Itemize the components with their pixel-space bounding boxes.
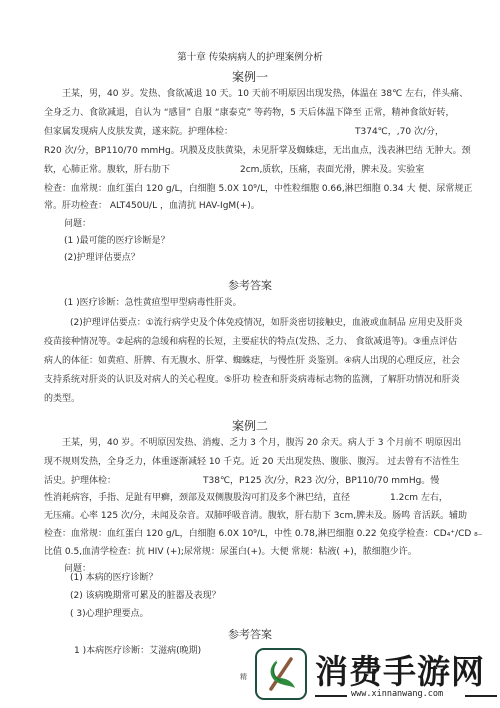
case1-answer-line: 病人的体征：如黄疸、肝脾、有无腹水、肝掌、蜘蛛痣，与慢性肝 炎鉴别。④病人出现的… [44,355,460,367]
case2-body-line: 比值 0.5,血清学检查：抗 HIV (+);尿常规：尿蛋白(+)。大便 常规：… [44,546,417,558]
case1-answer-line: 的类型。 [44,393,80,405]
site-url-row: www.xinnanwang.com [315,689,497,701]
case1-question: (2)护理评估要点？ [64,252,140,264]
case2-body-line: 1.2cm 左右， [390,492,448,504]
case1-body-line: 检查：血常规：血红蛋白 120 g/L，白细胞 5.0X 10⁹/L，中性粒细胞… [44,183,472,195]
leaf-stick-logo-icon [255,648,307,700]
case2-body-line: 性消耗病容，手指、足趾有甲癣，颈部及双侧腹股沟可扪及多个淋巴结，直径 [44,492,350,504]
document-page: 第十章 传染病病人的护理案例分析 案例一 王某，男，40 岁。发热、食欲减退 1… [0,0,500,708]
case1-body-line: 常。肝功检查： ALT450U/L ，血清抗 HAV-IgM(+)。 [44,200,260,212]
case2-body-line: 活史。护理体检： [44,475,116,487]
case1-answer-line: 疫苗接种情况等。②起病的急缓和病程的长短，主要症状的特点(发热、乏力、 食欲减退… [44,336,457,348]
divider [315,695,347,697]
case1-body-line: 全身乏力、食欲减退，自认为 “感冒” 自服 “康泰克” 等药物，5 天后体温下降… [44,107,455,119]
partial-text: 精 [240,672,247,682]
case2-body-line: 无压痛。心率 125 次/分，未闻及杂音。双肺呼吸音清。腹软，肝右肋下 3cm,… [44,510,467,522]
case1-title: 案例一 [0,68,500,85]
case1-body-line: 软，心肺正常。腹软，肝右肋下 [44,164,170,176]
case1-body-line: 但家属发现病人皮肤发黄，遂来院。护理体检： [44,126,233,138]
site-watermark: 消费手游网 www.xinnanwang.com [253,646,500,708]
case2-question: ( 3)心理护理要点。 [70,608,149,620]
case2-answer-line: 1 )本病医疗诊断：艾滋病(晚期) [74,645,201,657]
case1-body-line: 王某，男，40 岁。发热、食欲减退 10 天。10 天前不明原因出现发热，体温在… [62,88,468,100]
case1-body-line: T374℃，,70 次/分， [355,126,444,138]
site-url: www.xinnanwang.com [351,689,443,699]
case2-body-line: T38℃，P125 次/分，R23 次/分，BP110/70 mmHg。慢 [203,475,439,487]
case1-answer-line: (2)护理评估要点：①流行病学史及个体免疫情况，如肝炎密切接触史，血液或血制品 … [70,317,463,329]
case1-body-line: R20 次/分，BP110/70 mmHg。巩膜及皮肤黄染，未见肝掌及蜘蛛痣，无… [44,145,471,157]
case2-question: (2) 该病晚期常可累及的脏器及表现？ [70,590,221,602]
case1-answer-line: (1 )医疗诊断：急性黄疸型甲型病毒性肝炎。 [64,297,242,309]
case2-question: (1) 本病的医疗诊断？ [70,572,158,584]
case1-answer-title: 参考答案 [0,277,500,293]
case2-body-line: 检查：血常规：血红蛋白 120 g/L，白细胞 6.0X 10⁹/L，中性 0.… [44,528,483,540]
case1-answer-line: 支持系统对肝炎的认识及对病人的关心程度。⑤肝功 检查和肝炎病毒标志物的监测，了解… [44,374,460,386]
case2-body-line: 现不规则发热，全身乏力，体重逐渐减轻 10 千克。近 20 天出现发热、腹胀、腹… [44,456,459,468]
case1-question: (1 )最可能的医疗诊断是？ [64,235,170,247]
case1-questions-label: 问题： [64,218,91,230]
chapter-title: 第十章 传染病病人的护理案例分析 [0,49,500,63]
case2-body-line: 王某，男，40 岁。不明原因发热、消瘦、乏力 3 个月，腹泻 20 余天。病人于… [62,437,461,449]
divider [465,695,497,697]
case2-answer-title: 参考答案 [0,626,500,642]
case1-body-line: 2cm,质软，压痛，表面光滑，脾未及。实验室 [240,164,424,176]
site-name: 消费手游网 [315,646,485,693]
case2-title: 案例二 [0,417,500,434]
